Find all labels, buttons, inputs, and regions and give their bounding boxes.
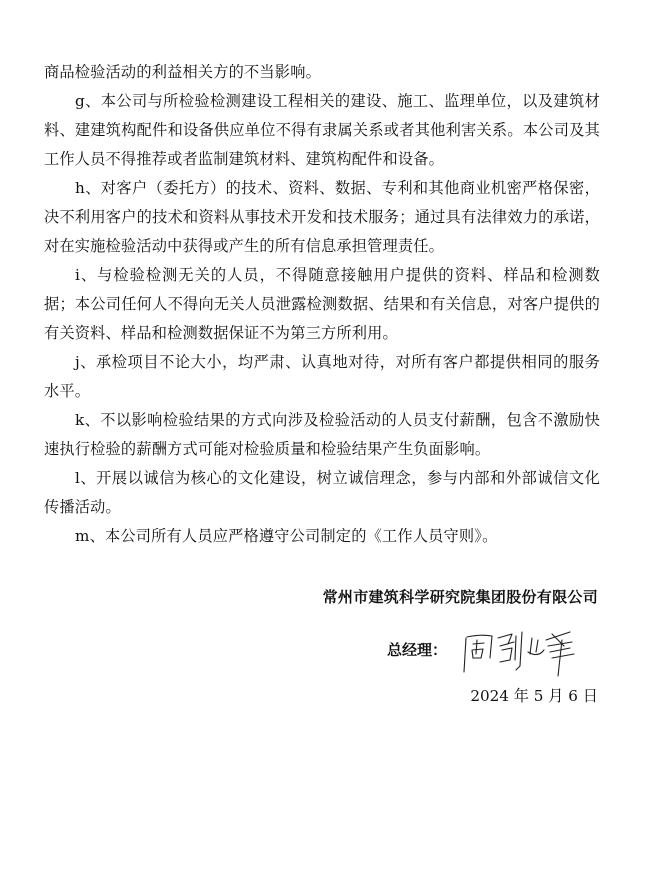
paragraph-f-continued: 商品检验活动的利益相关方的不当影响。 [44,58,600,87]
paragraph-l: l、开展以诚信为核心的文化建设，树立诚信理念，参与内部和外部诚信文化传播活动。 [44,464,600,522]
paragraph-k: k、不以影响检验结果的方式向涉及检验活动的人员支付薪酬，包含不激励快速执行检验的… [44,406,600,464]
company-name: 常州市建筑科学研究院集团股份有限公司 [323,586,598,607]
general-manager-label: 总经理： [387,639,447,660]
document-body: 商品检验活动的利益相关方的不当影响。 g、本公司与所检验检测建设工程相关的建设、… [44,58,600,551]
paragraph-m: m、本公司所有人员应严格遵守公司制定的《工作人员守则》。 [44,522,600,551]
document-date: 2024 年 5 月 6 日 [470,685,598,706]
paragraph-g: g、本公司与所检验检测建设工程相关的建设、施工、监理单位，以及建筑材料、建建筑构… [44,87,600,174]
handwritten-signature-icon [460,628,600,678]
paragraph-h: h、对客户（委托方）的技术、资料、数据、专利和其他商业机密严格保密，决不利用客户… [44,174,600,261]
paragraph-j: j、承检项目不论大小，均严肃、认真地对待，对所有客户都提供相同的服务水平。 [44,348,600,406]
paragraph-i: i、与检验检测无关的人员，不得随意接触用户提供的资料、样品和检测数据；本公司任何… [44,261,600,348]
